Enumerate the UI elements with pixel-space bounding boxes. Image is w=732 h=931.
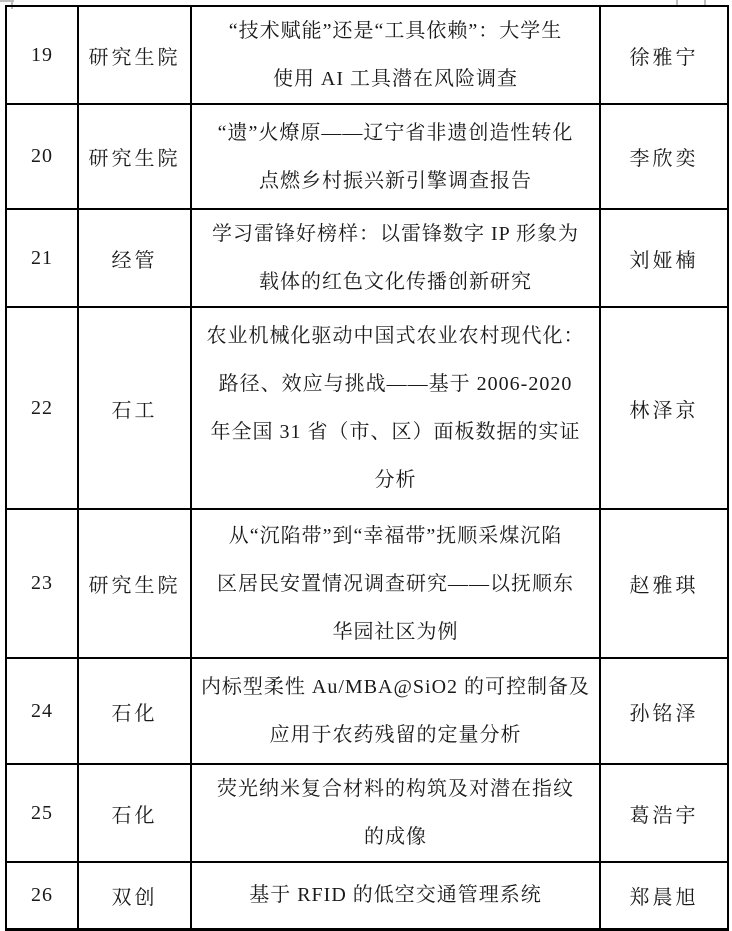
table-row: 26 双创 基于 RFID 的低空交通管理系统 郑晨旭 <box>6 862 728 929</box>
author-cell: 赵雅琪 <box>600 509 728 658</box>
title-line: 应用于农药残留的定量分析 <box>192 711 599 759</box>
title-cell: 内标型柔性 Au/MBA@SiO2 的可控制备及 应用于农药残留的定量分析 <box>191 658 600 764</box>
title-line: “技术赋能”还是“工具依赖”：大学生 <box>192 7 599 55</box>
table-row: 23 研究生院 从“沉陷带”到“幸福带”抚顺采煤沉陷 区居民安置情况调查研究——… <box>6 509 728 658</box>
index-cell: 19 <box>6 6 78 104</box>
department-cell: 研究生院 <box>78 6 191 104</box>
author-cell: 林泽京 <box>600 307 728 509</box>
index-cell: 23 <box>6 509 78 658</box>
department-cell: 双创 <box>78 862 191 929</box>
title-line: 荧光纳米复合材料的构筑及对潜在指纹 <box>192 765 599 813</box>
table-row: 19 研究生院 “技术赋能”还是“工具依赖”：大学生 使用 AI 工具潜在风险调… <box>6 6 728 104</box>
index-cell: 25 <box>6 764 78 862</box>
title-line: 载体的红色文化传播创新研究 <box>192 258 599 306</box>
department-cell: 石化 <box>78 658 191 764</box>
author-cell: 孙铭泽 <box>600 658 728 764</box>
table-row: 20 研究生院 “遗”火燎原——辽宁省非遗创造性转化 点燃乡村振兴新引擎调查报告… <box>6 104 728 209</box>
author-cell: 刘娅楠 <box>600 209 728 307</box>
index-cell: 22 <box>6 307 78 509</box>
title-line: 基于 RFID 的低空交通管理系统 <box>192 871 599 919</box>
department-cell: 研究生院 <box>78 509 191 658</box>
title-cell: 农业机械化驱动中国式农业农村现代化： 路径、效应与挑战——基于 2006-202… <box>191 307 600 509</box>
author-cell: 郑晨旭 <box>600 862 728 929</box>
title-line: 农业机械化驱动中国式农业农村现代化： <box>192 312 599 360</box>
title-line: 年全国 31 省（市、区）面板数据的实证 <box>192 408 599 456</box>
title-cell: 从“沉陷带”到“幸福带”抚顺采煤沉陷 区居民安置情况调查研究——以抚顺东 华园社… <box>191 509 600 658</box>
department-cell: 石化 <box>78 764 191 862</box>
department-cell: 研究生院 <box>78 104 191 209</box>
author-cell: 葛浩宇 <box>600 764 728 862</box>
index-cell: 21 <box>6 209 78 307</box>
table-row: 21 经管 学习雷锋好榜样：以雷锋数字 IP 形象为 载体的红色文化传播创新研究… <box>6 209 728 307</box>
title-cell: “技术赋能”还是“工具依赖”：大学生 使用 AI 工具潜在风险调查 <box>191 6 600 104</box>
title-line: 华园社区为例 <box>192 608 599 656</box>
title-line: 点燃乡村振兴新引擎调查报告 <box>192 157 599 205</box>
author-cell: 李欣奕 <box>600 104 728 209</box>
title-line: 区居民安置情况调查研究——以抚顺东 <box>192 560 599 608</box>
department-cell: 经管 <box>78 209 191 307</box>
results-table: 19 研究生院 “技术赋能”还是“工具依赖”：大学生 使用 AI 工具潜在风险调… <box>5 5 729 931</box>
table-row: 22 石工 农业机械化驱动中国式农业农村现代化： 路径、效应与挑战——基于 20… <box>6 307 728 509</box>
title-line: 路径、效应与挑战——基于 2006-2020 <box>192 360 599 408</box>
title-line: “遗”火燎原——辽宁省非遗创造性转化 <box>192 109 599 157</box>
title-line: 使用 AI 工具潜在风险调查 <box>192 55 599 103</box>
department-cell: 石工 <box>78 307 191 509</box>
title-line: 从“沉陷带”到“幸福带”抚顺采煤沉陷 <box>192 512 599 560</box>
title-cell: 荧光纳米复合材料的构筑及对潜在指纹 的成像 <box>191 764 600 862</box>
title-cell: “遗”火燎原——辽宁省非遗创造性转化 点燃乡村振兴新引擎调查报告 <box>191 104 600 209</box>
document-page: 19 研究生院 “技术赋能”还是“工具依赖”：大学生 使用 AI 工具潜在风险调… <box>0 0 732 931</box>
title-cell: 基于 RFID 的低空交通管理系统 <box>191 862 600 929</box>
title-line: 的成像 <box>192 813 599 861</box>
table-row: 25 石化 荧光纳米复合材料的构筑及对潜在指纹 的成像 葛浩宇 <box>6 764 728 862</box>
table-row: 24 石化 内标型柔性 Au/MBA@SiO2 的可控制备及 应用于农药残留的定… <box>6 658 728 764</box>
title-line: 内标型柔性 Au/MBA@SiO2 的可控制备及 <box>192 663 599 711</box>
index-cell: 20 <box>6 104 78 209</box>
title-line: 学习雷锋好榜样：以雷锋数字 IP 形象为 <box>192 210 599 258</box>
author-cell: 徐雅宁 <box>600 6 728 104</box>
index-cell: 24 <box>6 658 78 764</box>
index-cell: 26 <box>6 862 78 929</box>
title-line: 分析 <box>192 456 599 504</box>
title-cell: 学习雷锋好榜样：以雷锋数字 IP 形象为 载体的红色文化传播创新研究 <box>191 209 600 307</box>
